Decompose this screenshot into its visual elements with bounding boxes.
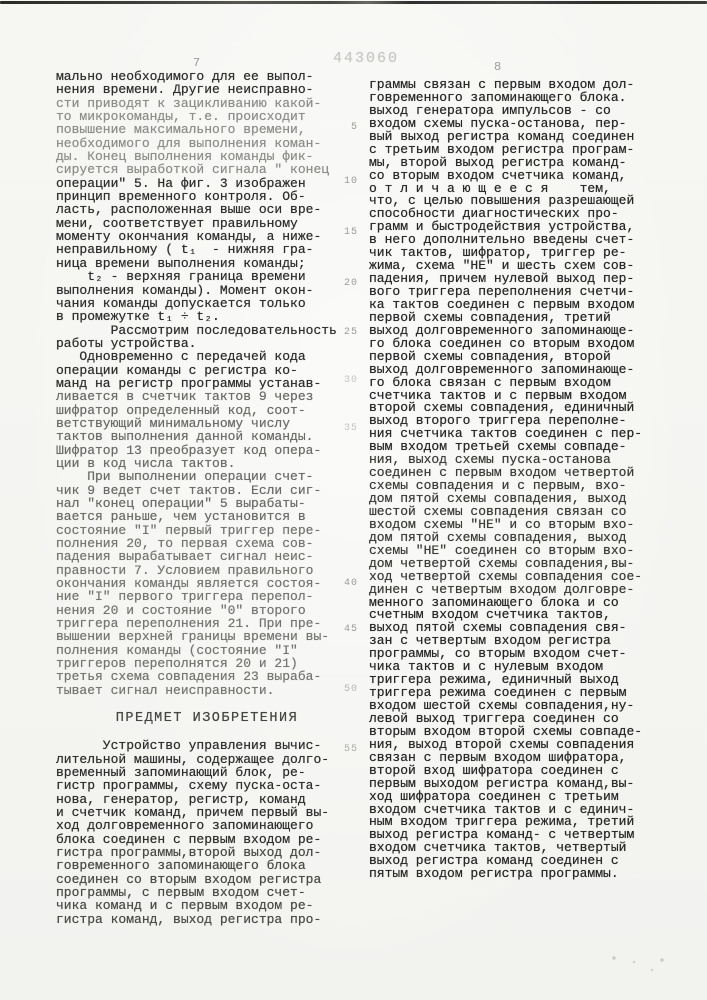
text-line: чик 9 ведет счет тактов. Если сиг-	[56, 484, 358, 497]
text-line: ние "I" первого триггера перепол-	[56, 590, 358, 603]
patent-document-page: 443060 7 8 5 10 15 20 25 30 35 40 45 50 …	[0, 0, 707, 1000]
text-line: говременного запоминающего блока	[56, 859, 358, 872]
text-line: t₂ - верхняя граница времени	[56, 270, 358, 283]
text-line: тактов выполнения данной команды.	[56, 430, 358, 443]
text-line: Рассмотрим последовательность	[56, 324, 358, 337]
text-line: операции команды с регистра ко-	[56, 364, 358, 377]
text-line: сти приводят к зацикливанию какой-	[56, 97, 358, 110]
text-line: работы устройства.	[56, 337, 358, 350]
text-line: состояние "I" первый триггер пере-	[56, 524, 358, 537]
text-line: нал "конец операции" 5 вырабаты-	[56, 497, 358, 510]
text-line: ница времени выполнения команды;	[56, 257, 358, 270]
text-line: гистр программы, схему пуска-оста-	[56, 779, 358, 792]
text-line: полнения 20, то первая схема сов-	[56, 537, 358, 550]
text-line: и счетчик команд, причем первый вы-	[56, 806, 358, 819]
text-line: шифратор определенный код, соот-	[56, 404, 358, 417]
text-line: ласть, расположенная выше оси вре-	[56, 203, 358, 216]
text-line: в промежутке t₁ ÷ t₂.	[56, 310, 358, 323]
right-column-number: 8	[494, 60, 501, 74]
text-line: нения 20 и состояние "0" второго	[56, 604, 358, 617]
text-line: полнения команды (состояние "I"	[56, 644, 358, 657]
text-line: лительной машины, содержащее долго-	[56, 753, 358, 766]
text-line: повышение максимального времени,	[56, 123, 358, 136]
text-line: вается раньше, чем установится в	[56, 510, 358, 523]
patent-number: 443060	[333, 50, 399, 67]
text-line: вышении верхней границы времени вы-	[56, 630, 358, 643]
text-line: Одновременно с передачей кода	[56, 350, 358, 363]
scan-edge-line	[0, 1, 707, 4]
text-line: соединен со вторым входом регистра	[56, 873, 358, 886]
text-line: нова, генератор, регистр, команд	[56, 793, 358, 806]
text-line: триггеров переполнятся 20 и 21)	[56, 657, 358, 670]
text-line: то микрокоманды, т.е. происходит	[56, 110, 358, 123]
text-line: ции в код числа тактов.	[56, 457, 358, 470]
text-line: манд на регистр программы устанав-	[56, 377, 358, 390]
text-line: тывает сигнал неисправности.	[56, 684, 358, 697]
text-line: сируется выработкой сигнала " конец	[56, 163, 358, 176]
text-line: третья схема совпадения 23 выраба-	[56, 670, 358, 683]
text-line: мально необходимого для ее выпол-	[56, 70, 358, 83]
text-line: программы, с первым входом счет-	[56, 886, 358, 899]
text-line: Шифратор 13 преобразует код опера-	[56, 444, 358, 457]
text-line: триггера переполнения 21. При пре-	[56, 617, 358, 630]
right-text-column: граммы связан с первым входом дол-говрем…	[369, 79, 681, 881]
text-line: нения времени. Другие неисправно-	[56, 83, 358, 96]
text-line: необходимого для выполнения коман-	[56, 137, 358, 150]
text-line: пятым входом регистра программы.	[369, 868, 681, 881]
text-line: ветствующий минимальному числу	[56, 417, 358, 430]
text-line: Устройство управления вычис-	[56, 739, 358, 752]
text-line: блока соединен с первым входом ре-	[56, 833, 358, 846]
scan-speckles	[608, 952, 668, 976]
section-heading: ПРЕДМЕТ ИЗОБРЕТЕНИЯ	[56, 711, 358, 726]
left-text-column: мально необходимого для ее выпол-нения в…	[56, 70, 358, 926]
text-line: падения вырабатывает сигнал неис-	[56, 550, 358, 563]
text-line: При выполнении операции счет-	[56, 470, 358, 483]
text-line: неправильному ( t₁ - нижняя гра-	[56, 243, 358, 256]
text-line: ды. Конец выполнения команды фик-	[56, 150, 358, 163]
text-line: принцип временного контроля. Об-	[56, 190, 358, 203]
text-line: окончания команды является состоя-	[56, 577, 358, 590]
left-column-body-text: мально необходимого для ее выпол-нения в…	[56, 70, 358, 697]
text-line: операции" 5. На фиг. 3 изображен	[56, 177, 358, 190]
text-line: ход долговременного запоминающего	[56, 819, 358, 832]
left-column-claim-text: Устройство управления вычис-лительной ма…	[56, 739, 358, 926]
right-column-claim-text: граммы связан с первым входом дол-говрем…	[369, 79, 681, 881]
left-column-number: 7	[193, 56, 200, 70]
text-line: моменту окончания команды, а ниже-	[56, 230, 358, 243]
text-line: гистра команд, выход регистра про-	[56, 913, 358, 926]
text-line: правности 7. Условием правильного	[56, 564, 358, 577]
text-line: мени, соответствует правильному	[56, 217, 358, 230]
text-line: ливается в счетчик тактов 9 через	[56, 390, 358, 403]
text-line: чания команды допускается только	[56, 297, 358, 310]
text-line: чика команд и с первым входом ре-	[56, 899, 358, 912]
text-line: выполнения команды). Момент окон-	[56, 284, 358, 297]
text-line: гистра программы,второй выход дол-	[56, 846, 358, 859]
text-line: временный запоминающий блок, ре-	[56, 766, 358, 779]
